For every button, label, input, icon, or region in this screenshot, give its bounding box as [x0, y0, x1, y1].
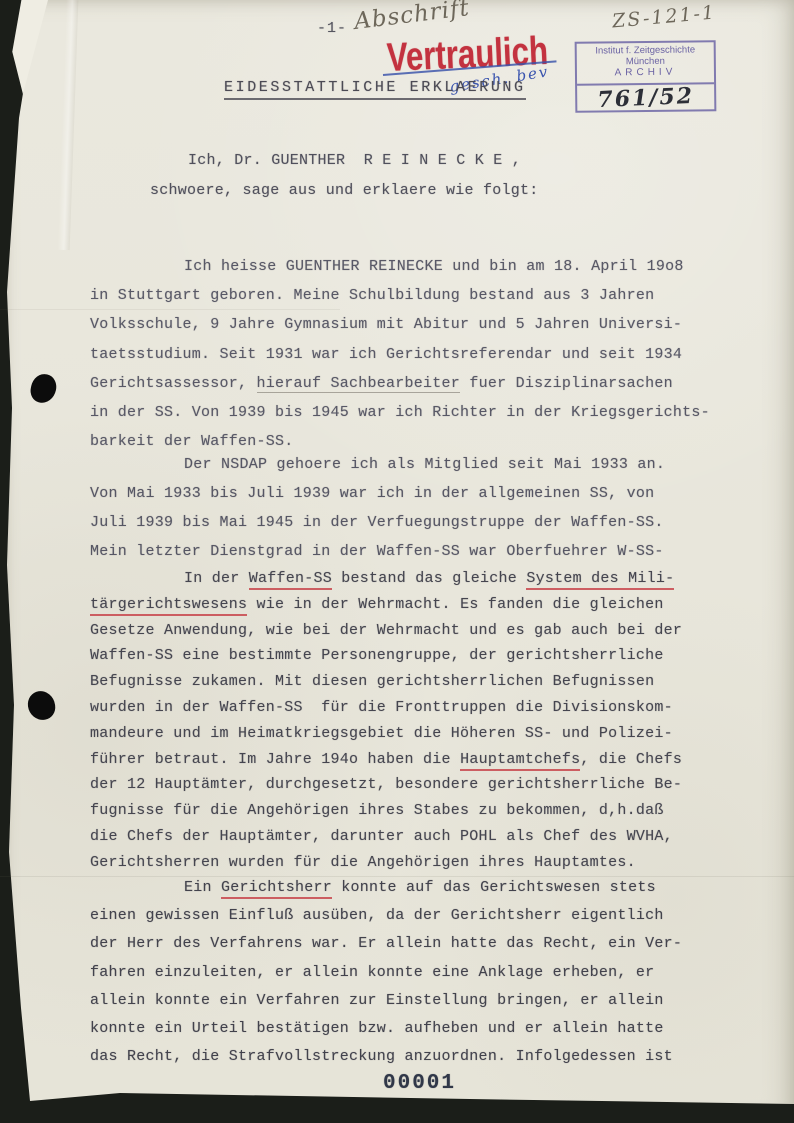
typed-line: in Stuttgart geboren. Meine Schulbildung… — [90, 281, 710, 310]
archive-stamp-line3: ARCHIV — [577, 66, 714, 79]
paragraph-2: Der NSDAP gehoere ich als Mitglied seit … — [90, 450, 665, 566]
typed-line: fugnisse für die Angehörigen ihres Stabe… — [90, 798, 682, 824]
typed-line: In der Waffen-SS bestand das gleiche Sys… — [90, 566, 682, 592]
typed-line: taetsstudium. Seit 1931 war ich Gerichts… — [90, 340, 710, 369]
typed-line: allein konnte ein Verfahren zur Einstell… — [90, 987, 682, 1015]
paragraph-1: Ich heisse GUENTHER REINECKE und bin am … — [90, 252, 710, 456]
archive-stamp: Institut f. Zeitgeschichte München ARCHI… — [575, 40, 717, 112]
typed-text: wie in der Wehrmacht. Es fanden die glei… — [247, 596, 663, 613]
typed-line: Waffen-SS eine bestimmte Personengruppe,… — [90, 643, 682, 669]
typed-line: Von Mai 1933 bis Juli 1939 war ich in de… — [90, 479, 665, 508]
pencil-underlined-text: hierauf Sachbearbeiter — [257, 375, 461, 393]
archive-stamp-line1: Institut f. Zeitgeschichte — [577, 44, 714, 56]
archive-stamp-number: 761/52 — [577, 82, 715, 114]
typed-text: fuer Disziplinarsachen — [460, 375, 673, 392]
typed-line: fahren einzuleiten, er allein konnte ein… — [90, 959, 682, 987]
typed-line: Volksschule, 9 Jahre Gymnasium mit Abitu… — [90, 310, 710, 339]
typed-text: führer betraut. Im Jahre 194o haben die — [90, 751, 460, 768]
red-underlined-text: Waffen-SS — [249, 570, 332, 590]
typed-line: die Chefs der Hauptämter, darunter auch … — [90, 824, 682, 850]
document-title: EIDESSTATTLICHE ERKLAERUNG — [224, 79, 526, 100]
red-underlined-text: Hauptamtchefs — [460, 751, 580, 771]
typed-line: Gerichtsassessor, hierauf Sachbearbeiter… — [90, 369, 710, 398]
typed-line: führer betraut. Im Jahre 194o haben die … — [90, 747, 682, 773]
typed-line: Ein Gerichtsherr konnte auf das Gerichts… — [90, 874, 682, 902]
typed-line: wurden in der Waffen-SS für die Fronttru… — [90, 695, 682, 721]
typed-line: das Recht, die Strafvollstreckung anzuor… — [90, 1043, 682, 1071]
typed-line: Der NSDAP gehoere ich als Mitglied seit … — [90, 450, 665, 479]
red-underlined-text: System des Mili- — [526, 570, 674, 590]
oath-line-1: Ich, Dr. GUENTHER R E I N E C K E , — [188, 152, 521, 169]
page-footer-number: 00001 — [383, 1072, 456, 1095]
document-scan: -1- Abschrift ZS-121-1 Vertraulich gesch… — [0, 0, 794, 1123]
typed-line: Befugnisse zukamen. Mit diesen gerichtsh… — [90, 669, 682, 695]
typed-line: der 12 Hauptämter, durchgesetzt, besonde… — [90, 772, 682, 798]
typed-line: Gesetze Anwendung, wie bei der Wehrmacht… — [90, 618, 682, 644]
typed-text: konnte auf das Gerichtswesen stets — [332, 879, 656, 896]
typed-text: Ein — [184, 879, 221, 896]
typed-line: Ich heisse GUENTHER REINECKE und bin am … — [90, 252, 710, 281]
typed-text: In der — [184, 570, 249, 587]
typed-line: mandeure und im Heimatkriegsgebiet die H… — [90, 721, 682, 747]
typed-text: bestand das gleiche — [332, 570, 526, 587]
page-number: -1- — [317, 20, 347, 37]
red-underlined-text: tärgerichtswesens — [90, 596, 247, 616]
typed-line: konnte ein Urteil bestätigen bzw. aufheb… — [90, 1015, 682, 1043]
typed-line: einen gewissen Einfluß ausüben, da der G… — [90, 902, 682, 930]
typed-line: Gerichtsherren wurden für die Angehörige… — [90, 850, 682, 876]
typed-text: Gerichtsassessor, — [90, 375, 257, 392]
red-underlined-text: Gerichtsherr — [221, 879, 332, 899]
paragraph-3: In der Waffen-SS bestand das gleiche Sys… — [90, 566, 682, 876]
typed-line: Mein letzter Dienstgrad in der Waffen-SS… — [90, 537, 665, 566]
typed-text: , die Chefs — [580, 751, 682, 768]
typed-line: tärgerichtswesens wie in der Wehrmacht. … — [90, 592, 682, 618]
oath-line-2: schwoere, sage aus und erklaere wie folg… — [150, 182, 539, 199]
typed-line: der Herr des Verfahrens war. Er allein h… — [90, 930, 682, 958]
paragraph-4: Ein Gerichtsherr konnte auf das Gerichts… — [90, 874, 682, 1071]
typed-line: in der SS. Von 1939 bis 1945 war ich Ric… — [90, 398, 710, 427]
archive-stamp-header: Institut f. Zeitgeschichte München ARCHI… — [577, 42, 714, 85]
typed-line: Juli 1939 bis Mai 1945 in der Verfuegung… — [90, 508, 665, 537]
